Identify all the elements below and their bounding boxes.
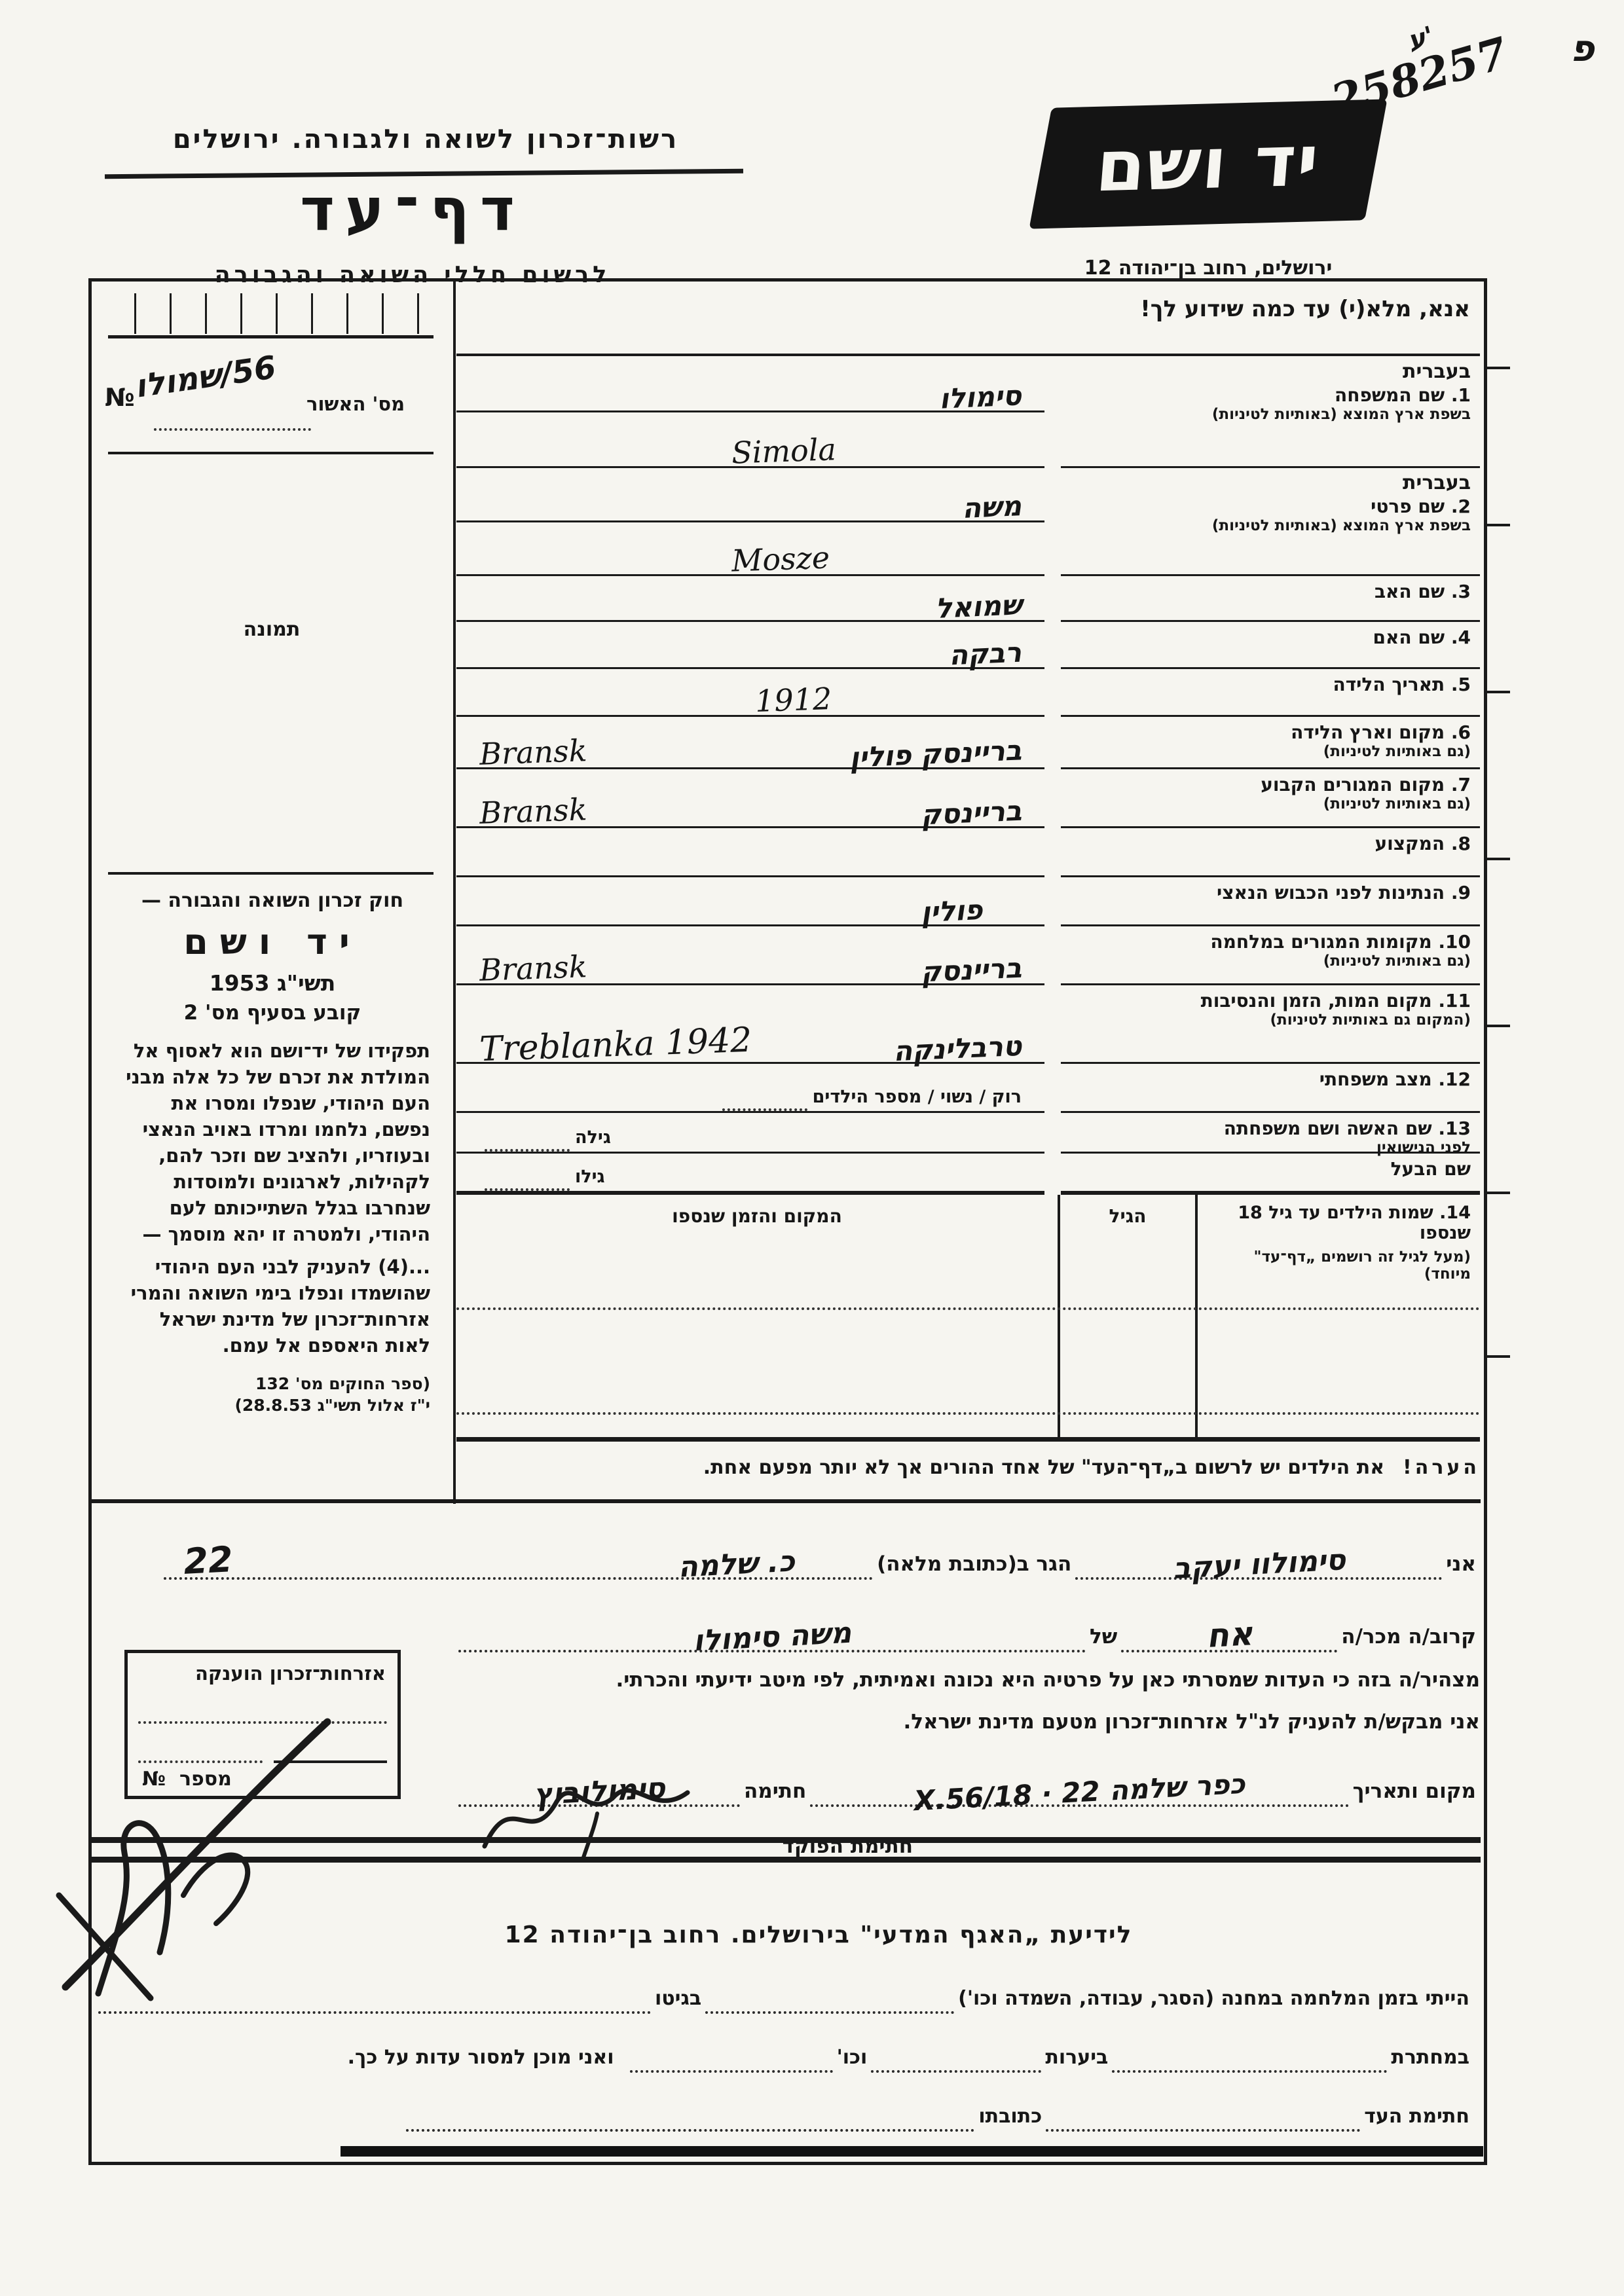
field-row-8: 8. המקצוע bbox=[456, 828, 1480, 877]
witness-sig-label: חתימת העד bbox=[1360, 2105, 1473, 2132]
camps-field[interactable] bbox=[705, 2011, 954, 2014]
yad-vashem-stamp: יד ושם bbox=[1029, 99, 1387, 228]
witness-address-number-handwriting: 22 bbox=[183, 1539, 234, 1582]
divider-line bbox=[108, 452, 434, 454]
ghetto-label: בגיטו bbox=[651, 1987, 705, 2014]
war-experience-row-2: במחתרת ביערות וכו' ואני מוכן למסור עדות … bbox=[98, 2028, 1473, 2073]
margin-tick bbox=[1484, 367, 1510, 369]
entry-line-latin[interactable]: Simola bbox=[456, 412, 1044, 468]
field-row-3: 3. שם האבשמואל bbox=[456, 576, 1480, 622]
field-label: 5. תאריך הלידה bbox=[1061, 669, 1480, 717]
ruler-tick bbox=[346, 293, 348, 334]
entry-line-latin[interactable]: Mosze bbox=[456, 522, 1044, 577]
field-label: שם הבעל bbox=[1061, 1154, 1480, 1195]
witness-address-label: כתובתו bbox=[974, 2105, 1046, 2132]
law-reference-line2: י"ז אלול תשי"ג 28.8.53) bbox=[115, 1394, 430, 1416]
handwriting-hebrew: בריינסק bbox=[920, 952, 1022, 989]
field-label: 3. שם האב bbox=[1061, 576, 1480, 622]
witness-sig-field[interactable] bbox=[1046, 2129, 1360, 2132]
i-label: אני bbox=[1442, 1552, 1480, 1580]
field-entry[interactable]: רבקה bbox=[456, 622, 1044, 669]
address-label: הגר ב(כתובת מלאה) bbox=[873, 1552, 1075, 1580]
field-label: 8. המקצוע bbox=[1061, 828, 1480, 877]
handwriting-latin: Treblanka 1942 bbox=[479, 1021, 752, 1069]
fields-area: בעברית1. שם המשפחהבשפת ארץ המוצא (באותיו… bbox=[456, 357, 1480, 1504]
law-sidebar: חוק זכרון השואה והגבורה — יד ושם תשי"ג 1… bbox=[115, 889, 430, 1416]
field-entry[interactable]: טרבלינקהTreblanka 1942 bbox=[456, 985, 1044, 1064]
printed-option-label: רוק / נשוי / מספר הילדים bbox=[813, 1087, 1022, 1111]
declaration-identity-row: אני סימולוו יעקב הגר ב(כתובת מלאה) כ. של… bbox=[164, 1522, 1480, 1580]
relation-label: קרוב/ה מכר/ה bbox=[1337, 1625, 1480, 1652]
field-row-11: 11. מקום המות, הזמן והנסיבות(המקום גם בא… bbox=[456, 985, 1480, 1064]
divider-line bbox=[456, 354, 1480, 356]
law-clause-intro: קובע בסעיף מס' 2 bbox=[115, 1001, 430, 1025]
double-divider-top bbox=[88, 1837, 1481, 1843]
witness-name-handwriting: סימולוו יעקב bbox=[1172, 1543, 1346, 1586]
field-row-1: בעברית1. שם המשפחהבשפת ארץ המוצא (באותיו… bbox=[456, 357, 1480, 468]
underground-label: במחתרת bbox=[1387, 2046, 1473, 2073]
field-entry[interactable] bbox=[456, 828, 1044, 877]
handwriting-latin: Bransk bbox=[479, 733, 587, 772]
column-divider-line bbox=[453, 278, 456, 1504]
printed-option-label: גילו bbox=[575, 1167, 605, 1191]
entry-line-hebrew[interactable]: סימולו bbox=[456, 357, 1044, 412]
science-section-title: לידיעת „האגף המדעי" בירושלים. רחוב בן־יה… bbox=[183, 1922, 1454, 1948]
children-names-column[interactable]: 14. שמות הילדים עד גיל 18 שנספו (מעל לגי… bbox=[1195, 1195, 1480, 1437]
victim-name-handwriting: משה סימולו bbox=[692, 1616, 852, 1658]
victim-name-field[interactable]: משה סימולו bbox=[458, 1616, 1086, 1652]
camps-label: הייתי בזמן המלחמה במחנה (הסגר, עבודה, הש… bbox=[954, 1987, 1473, 2014]
field-row-13: 13. שם האשה ושם משפחתהלפני הנישואיןגילה bbox=[456, 1113, 1480, 1154]
war-experience-row-1: הייתי בזמן המלחמה במחנה (הסגר, עבודה, הש… bbox=[98, 1969, 1473, 2014]
field-row-9: 9. הנתינות לפני הכבוש הנאציפולין bbox=[456, 877, 1480, 926]
field-row-6: 6. מקום וארץ הלידה(גם באותיות לטיניות)בר… bbox=[456, 717, 1480, 769]
field-entry[interactable]: גילה bbox=[456, 1113, 1044, 1154]
witness-signature-row: חתימת העד כתובתו bbox=[406, 2087, 1473, 2132]
note-text: את הילדים יש לרשום ב„דף־העד" של אחד ההור… bbox=[703, 1456, 1384, 1479]
photo-area[interactable]: תמונה bbox=[98, 465, 445, 867]
citizenship-request: אני מבקש/ת להעניק לנ"ל אזרחות־זכרון מטעם… bbox=[458, 1710, 1480, 1734]
ruler-tick bbox=[417, 293, 419, 334]
handwriting-latin: 1912 bbox=[754, 681, 832, 719]
dotted-blank[interactable] bbox=[722, 1089, 807, 1111]
dotted-blank[interactable] bbox=[485, 1129, 570, 1152]
field-row-husband: שם הבעלגילו bbox=[456, 1154, 1480, 1195]
law-yad-vashem: יד ושם bbox=[115, 921, 430, 962]
field-entry[interactable]: סימולוSimola bbox=[456, 357, 1044, 468]
field-row-2: בעברית2. שם פרטיבשפת ארץ המוצא (באותיות … bbox=[456, 468, 1480, 576]
field-entry[interactable]: משהMosze bbox=[456, 468, 1044, 576]
margin-tick bbox=[1484, 1355, 1510, 1358]
law-body-text: תפקידו של יד־ושם הוא לאסוף אל המולדת את … bbox=[115, 1038, 430, 1247]
field-row-12: 12. מצב משפחתירוק / נשוי / מספר הילדים bbox=[456, 1064, 1480, 1113]
printed-option-label: גילה bbox=[575, 1127, 611, 1152]
children-label: 14. שמות הילדים עד גיל 18 שנספו bbox=[1207, 1203, 1471, 1243]
registrar-signature-scrawl bbox=[20, 1696, 426, 2003]
handwriting-hebrew: סימולו bbox=[939, 379, 1023, 414]
number-sign: № bbox=[105, 383, 135, 412]
field-entry[interactable]: רוק / נשוי / מספר הילדים bbox=[456, 1064, 1044, 1113]
etc-field[interactable] bbox=[630, 2070, 833, 2073]
handwriting-latin: Bransk bbox=[479, 792, 587, 831]
signature-label: חתימה bbox=[740, 1779, 810, 1807]
field-entry[interactable]: גילו bbox=[456, 1154, 1044, 1195]
handwriting-latin: Simola bbox=[731, 431, 836, 471]
note-line: הערה!את הילדים יש לרשום ב„דף־העד" של אחד… bbox=[456, 1442, 1480, 1504]
margin-tick bbox=[1484, 691, 1510, 693]
place-time-column-header: המקום והזמן שנספו bbox=[456, 1195, 1058, 1437]
ruler-tick bbox=[382, 293, 384, 334]
entry-line-hebrew[interactable]: משה bbox=[456, 468, 1044, 522]
field-label: 9. הנתינות לפני הכבוש הנאצי bbox=[1061, 877, 1480, 926]
handwriting-hebrew: פולין bbox=[920, 894, 983, 928]
double-divider-bottom bbox=[88, 1857, 1481, 1863]
declaration-statement: מצהיר/ה בזה כי העדות שמסרתי כאן על פרטיה… bbox=[458, 1668, 1480, 1692]
handwriting-hebrew: טרבלינקה bbox=[893, 1030, 1022, 1068]
margin-tick bbox=[1484, 858, 1510, 860]
field-label: 12. מצב משפחתי bbox=[1061, 1064, 1480, 1113]
children-table[interactable]: 14. שמות הילדים עד גיל 18 שנספו (מעל לגי… bbox=[456, 1195, 1480, 1442]
etc-label: וכו' bbox=[833, 2046, 872, 2073]
law-reference-line1: (ספר החוקים מס' 132 bbox=[115, 1373, 430, 1394]
handwriting-latin: Bransk bbox=[479, 949, 587, 988]
of-label: של bbox=[1086, 1625, 1121, 1652]
margin-tick bbox=[1484, 524, 1510, 526]
field-rows: בעברית1. שם המשפחהבשפת ארץ המוצא (באותיו… bbox=[456, 357, 1480, 1195]
handwriting-hebrew: בריינסק פולין bbox=[849, 734, 1022, 773]
ruler-tick bbox=[276, 293, 278, 334]
place-date-field[interactable]: כפר שלמה 22 · 18/X.56 bbox=[810, 1772, 1348, 1807]
table-row-line[interactable] bbox=[456, 1412, 1480, 1415]
field-row-4: 4. שם האםרבקה bbox=[456, 622, 1480, 669]
witness-address-field2[interactable] bbox=[406, 2129, 974, 2132]
ruler-tick bbox=[240, 293, 242, 334]
handwriting-hebrew: רבקה bbox=[948, 636, 1022, 672]
testify-label: ואני מוכן למסור עדות על כך. bbox=[344, 2046, 630, 2073]
handwriting-latin: Mosze bbox=[731, 539, 830, 578]
field-entry[interactable]: בריינסקBransk bbox=[456, 926, 1044, 985]
grant-box-title: אזרחות־זכרון הוענקה bbox=[128, 1653, 397, 1685]
corner-small-mark-handwriting: ע' bbox=[1405, 21, 1437, 56]
ruler-tick bbox=[134, 293, 136, 334]
section-divider-heavy bbox=[88, 1499, 1481, 1503]
note-title: הערה! bbox=[1403, 1456, 1480, 1479]
field-entry[interactable]: בריינסק פוליןBransk bbox=[456, 717, 1044, 769]
table-row-line[interactable] bbox=[456, 1307, 1480, 1310]
field-label: 13. שם האשה ושם משפחתהלפני הנישואין bbox=[1061, 1113, 1480, 1154]
field-row-10: 10. מקומות המגורים במלחמה(גם באותיות לטי… bbox=[456, 926, 1480, 985]
relation-handwriting: אח bbox=[1206, 1614, 1254, 1655]
handwriting-hebrew: בריינסק bbox=[920, 795, 1022, 831]
field-label: בעברית1. שם המשפחהבשפת ארץ המוצא (באותיו… bbox=[1061, 357, 1480, 468]
forests-label: ביערות bbox=[1041, 2046, 1112, 2073]
field-row-7: 7. מקום המגורים הקבוע(גם באותיות לטיניות… bbox=[456, 769, 1480, 828]
ghetto-field[interactable] bbox=[98, 2011, 651, 2014]
field-label: בעברית2. שם פרטיבשפת ארץ המוצא (באותיות … bbox=[1061, 468, 1480, 576]
law-year: תשי"ג 1953 bbox=[115, 970, 430, 996]
stamp-text: יד ושם bbox=[1094, 120, 1323, 208]
authority-name: רשות־זכרון לשואה ולגבורה. ירושלים bbox=[111, 124, 740, 155]
field-label: 7. מקום המגורים הקבוע(גם באותיות לטיניות… bbox=[1061, 769, 1480, 828]
margin-tick bbox=[1484, 1025, 1510, 1027]
margin-tick bbox=[1484, 1192, 1510, 1194]
clerk-signature-scrawl bbox=[458, 1761, 740, 1872]
field-entry[interactable]: שמואל bbox=[456, 576, 1044, 622]
place-date-label: מקום ותאריך bbox=[1349, 1779, 1480, 1807]
photo-label: תמונה bbox=[174, 618, 370, 641]
witness-address-field[interactable]: כ. שלמה 22 bbox=[164, 1536, 873, 1580]
divider-line bbox=[108, 872, 434, 875]
underground-field[interactable] bbox=[1112, 2070, 1387, 2073]
witness-address-handwriting: כ. שלמה bbox=[677, 1544, 796, 1584]
age-column-header: הגיל bbox=[1058, 1195, 1195, 1437]
field-label: 6. מקום וארץ הלידה(גם באותיות לטיניות) bbox=[1061, 717, 1480, 769]
ruler-tick bbox=[170, 293, 172, 334]
field-label: 4. שם האם bbox=[1061, 622, 1480, 669]
dotted-blank[interactable] bbox=[485, 1169, 570, 1191]
field-entry[interactable]: 1912 bbox=[456, 669, 1044, 717]
ruler-baseline bbox=[108, 335, 434, 338]
children-label-sub: (מעל לגיל זה רושמים „דף־עד" מיוחד) bbox=[1207, 1248, 1471, 1283]
witness-name-field[interactable]: סימולוו יעקב bbox=[1075, 1544, 1442, 1580]
bottom-bar bbox=[341, 2146, 1483, 2157]
field-row-5: 5. תאריך הלידה1912 bbox=[456, 669, 1480, 717]
stamp-address: ירושלים, רחוב בן־יהודה 12 bbox=[1022, 257, 1395, 280]
law-clause-text: ...(4) להעניק לבני העם היהודי שהושמדו ונ… bbox=[115, 1254, 430, 1358]
field-entry[interactable]: בריינסקBransk bbox=[456, 769, 1044, 828]
approval-number-label: מס' האשור bbox=[306, 393, 434, 415]
law-heading: חוק זכרון השואה והגבורה — bbox=[115, 889, 430, 912]
corner-letter-handwriting: פ bbox=[1570, 27, 1595, 70]
handwriting-hebrew: משה bbox=[961, 490, 1022, 524]
handwriting-hebrew: שמואל bbox=[934, 589, 1022, 625]
fill-in-instruction: אנא, מלא(י) עד כמה שידוע לך! bbox=[786, 296, 1470, 322]
field-label: 10. מקומות המגורים במלחמה(גם באותיות לטי… bbox=[1061, 926, 1480, 985]
ruler-tick bbox=[205, 293, 207, 334]
forests-field[interactable] bbox=[871, 2070, 1041, 2073]
ruler-tick bbox=[311, 293, 313, 334]
field-label: 11. מקום המות, הזמן והנסיבות(המקום גם בא… bbox=[1061, 985, 1480, 1064]
declaration-relation-row: קרוב/ה מכר/ה אח של משה סימולו bbox=[458, 1592, 1480, 1652]
relation-field[interactable]: אח bbox=[1121, 1612, 1337, 1652]
testimony-page-scan: 258257 פ ע' רשות־זכרון לשואה ולגבורה. יר… bbox=[0, 0, 1624, 2296]
page-title: דף־עד bbox=[229, 175, 596, 244]
field-entry[interactable]: פולין bbox=[456, 877, 1044, 926]
